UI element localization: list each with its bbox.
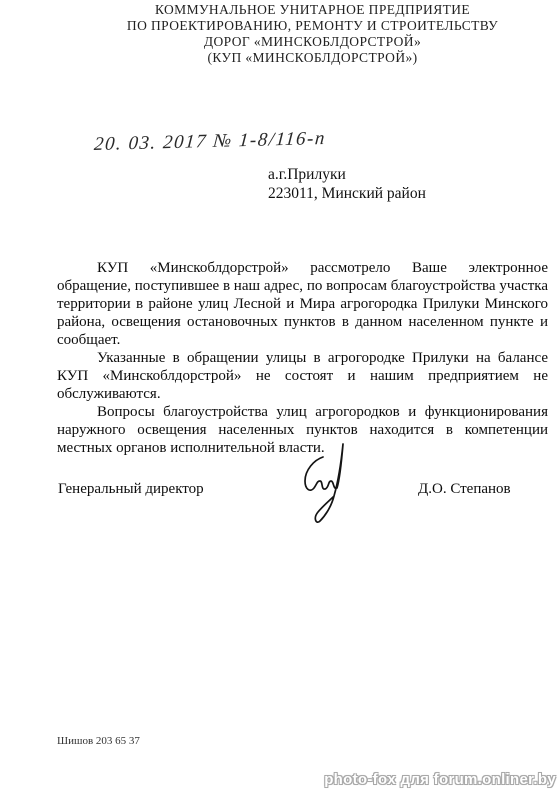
handwritten-ref-number: 20. 03. 2017 № 1-8/116-п: [93, 128, 327, 156]
signatory-name: Д.О. Степанов: [418, 481, 511, 498]
recipient-locality: а.г.Прилуки: [268, 165, 426, 184]
letterhead-line-4: (КУП «МИНСКОБЛДОРСТРОЙ»): [70, 50, 555, 66]
body-paragraph-2: Указанные в обращении улицы в агрогородк…: [57, 349, 548, 403]
letterhead-line-2: ПО ПРОЕКТИРОВАНИЮ, РЕМОНТУ И СТРОИТЕЛЬСТ…: [70, 18, 555, 34]
letter-body: КУП «Минскоблдорстрой» рассмотрело Ваше …: [57, 259, 548, 457]
recipient-postal-district: 223011, Минский район: [268, 184, 426, 203]
recipient-address: а.г.Прилуки 223011, Минский район: [268, 165, 426, 203]
letterhead: КОММУНАЛЬНОЕ УНИТАРНОЕ ПРЕДПРИЯТИЕ ПО ПР…: [70, 2, 555, 66]
scanned-letter-page: КОММУНАЛЬНОЕ УНИТАРНОЕ ПРЕДПРИЯТИЕ ПО ПР…: [0, 0, 559, 800]
letterhead-line-3: ДОРОГ «МИНСКОБЛДОРСТРОЙ»: [70, 34, 555, 50]
photo-watermark: photo-fox для forum.onliner.by: [324, 771, 556, 788]
handwritten-signature: [296, 440, 348, 528]
body-paragraph-1: КУП «Минскоблдорстрой» рассмотрело Ваше …: [57, 259, 548, 349]
executor-contact: Шишов 203 65 37: [57, 735, 140, 747]
letterhead-line-1: КОММУНАЛЬНОЕ УНИТАРНОЕ ПРЕДПРИЯТИЕ: [70, 2, 555, 18]
signatory-position-title: Генеральный директор: [58, 481, 204, 498]
